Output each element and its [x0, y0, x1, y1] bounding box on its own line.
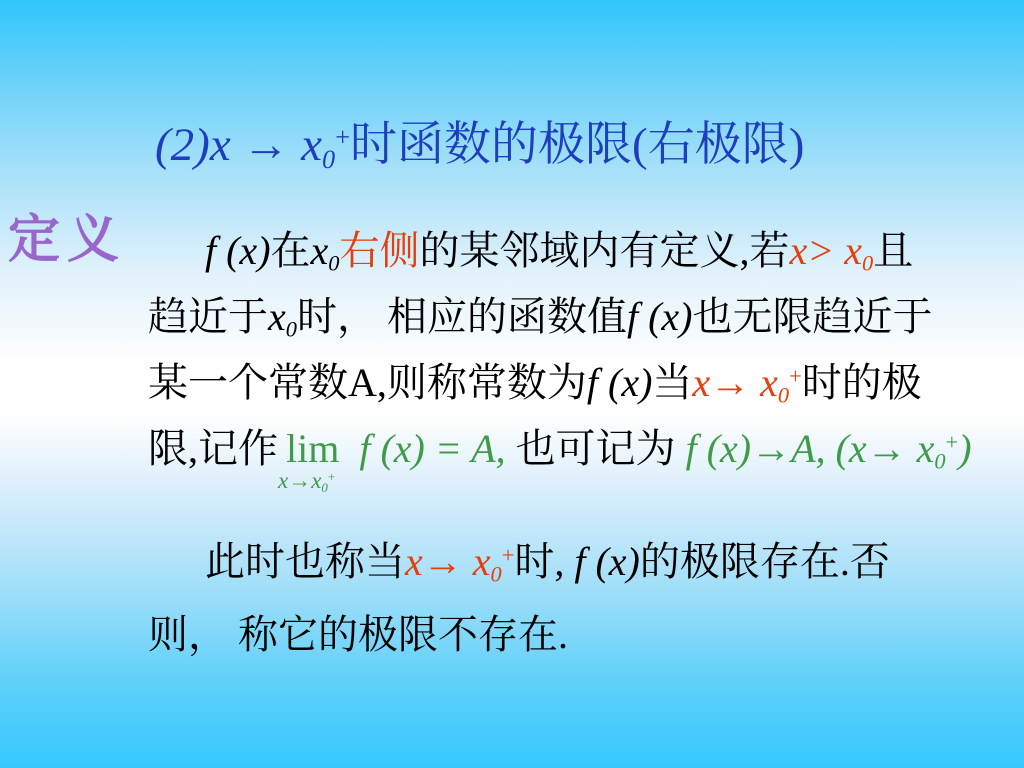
text-run: 此时也称当	[205, 539, 405, 584]
text-run: )	[958, 426, 971, 471]
text-run: +	[502, 543, 515, 568]
text-run: 当	[652, 360, 692, 405]
text-run: 某一个常数A,则称常数为	[148, 360, 587, 405]
text-run: 且	[873, 228, 913, 273]
text-run: f (x)	[564, 539, 640, 584]
text-run: x	[311, 228, 329, 273]
definition-text-line-2: 趋近于x0时， 相应的函数值f (x)也无限趋近于	[148, 292, 932, 344]
text-run: f (x)→A, (x→ x	[686, 426, 935, 471]
text-run: 限,记作	[148, 426, 278, 471]
text-run: f (x)	[205, 228, 271, 273]
line4-formula-and-note: f (x) = A, 也可记为 f (x)→A, (x→ x0+)	[359, 426, 971, 471]
text-run: +	[946, 430, 959, 455]
text-run: +	[789, 364, 802, 389]
definition-label: 定义	[8, 210, 126, 272]
text-run: +	[335, 123, 350, 152]
lim-subscript: x→x0+	[278, 467, 335, 496]
text-run: 右侧	[339, 228, 419, 273]
slide-title: (2)x → x0+时函数的极限(右极限)	[155, 116, 804, 177]
text-run: 时的极	[802, 360, 922, 405]
text-run: 趋近于	[148, 294, 268, 339]
text-run: 0	[934, 449, 945, 474]
text-run: 的极限存在.否	[640, 539, 890, 584]
text-run: +	[328, 470, 335, 484]
text-run: x→ x	[405, 539, 491, 584]
text-run: f (x)	[587, 360, 653, 405]
text-run: (2)	[155, 119, 210, 171]
text-run: 时,	[514, 539, 564, 584]
text-run: 时， 相应的函数值	[297, 294, 627, 339]
text-run: f (x) = A,	[359, 426, 505, 471]
text-run: 则， 称它的极限不存在.	[148, 612, 568, 657]
text-run: 0	[328, 251, 339, 276]
text-run: 也可记为	[506, 426, 686, 471]
text-run: 0	[322, 145, 335, 174]
slide: (2)x → x0+时函数的极限(右极限) 定义 f (x)在x0右侧的某邻域内…	[0, 0, 1024, 768]
conclusion-line-2: 则， 称它的极限不存在.	[148, 610, 568, 660]
text-run: 0	[778, 383, 789, 408]
line4-prefix: 限,记作	[148, 426, 278, 471]
text-run: 0	[862, 251, 873, 276]
text-run: 的某邻域内有定义,若	[419, 228, 789, 273]
text-run: 也无限趋近于	[692, 294, 932, 339]
text-run: 时函数的极限(右极限)	[350, 119, 804, 171]
text-run: 0	[286, 317, 297, 342]
text-run: f (x)	[627, 294, 693, 339]
text-run: 0	[491, 562, 502, 587]
text-run: x→x	[278, 468, 321, 493]
definition-text-line-4: 限,记作limx→x0+f (x) = A, 也可记为 f (x)→A, (x→…	[148, 424, 972, 476]
lim-expression: limx→x0+	[286, 424, 339, 474]
text-run: x> x	[789, 228, 862, 273]
text-run: x→ x	[692, 360, 778, 405]
definition-text-line-3: 某一个常数A,则称常数为f (x)当x→ x0+时的极	[148, 358, 922, 410]
text-run: 在	[271, 228, 311, 273]
definition-text-line-1: f (x)在x0右侧的某邻域内有定义,若x> x0且	[205, 226, 913, 278]
lim-word: lim	[286, 426, 339, 471]
text-run: x	[268, 294, 286, 339]
text-run: x → x	[210, 119, 322, 171]
conclusion-line-1: 此时也称当x→ x0+时, f (x)的极限存在.否	[205, 537, 890, 589]
